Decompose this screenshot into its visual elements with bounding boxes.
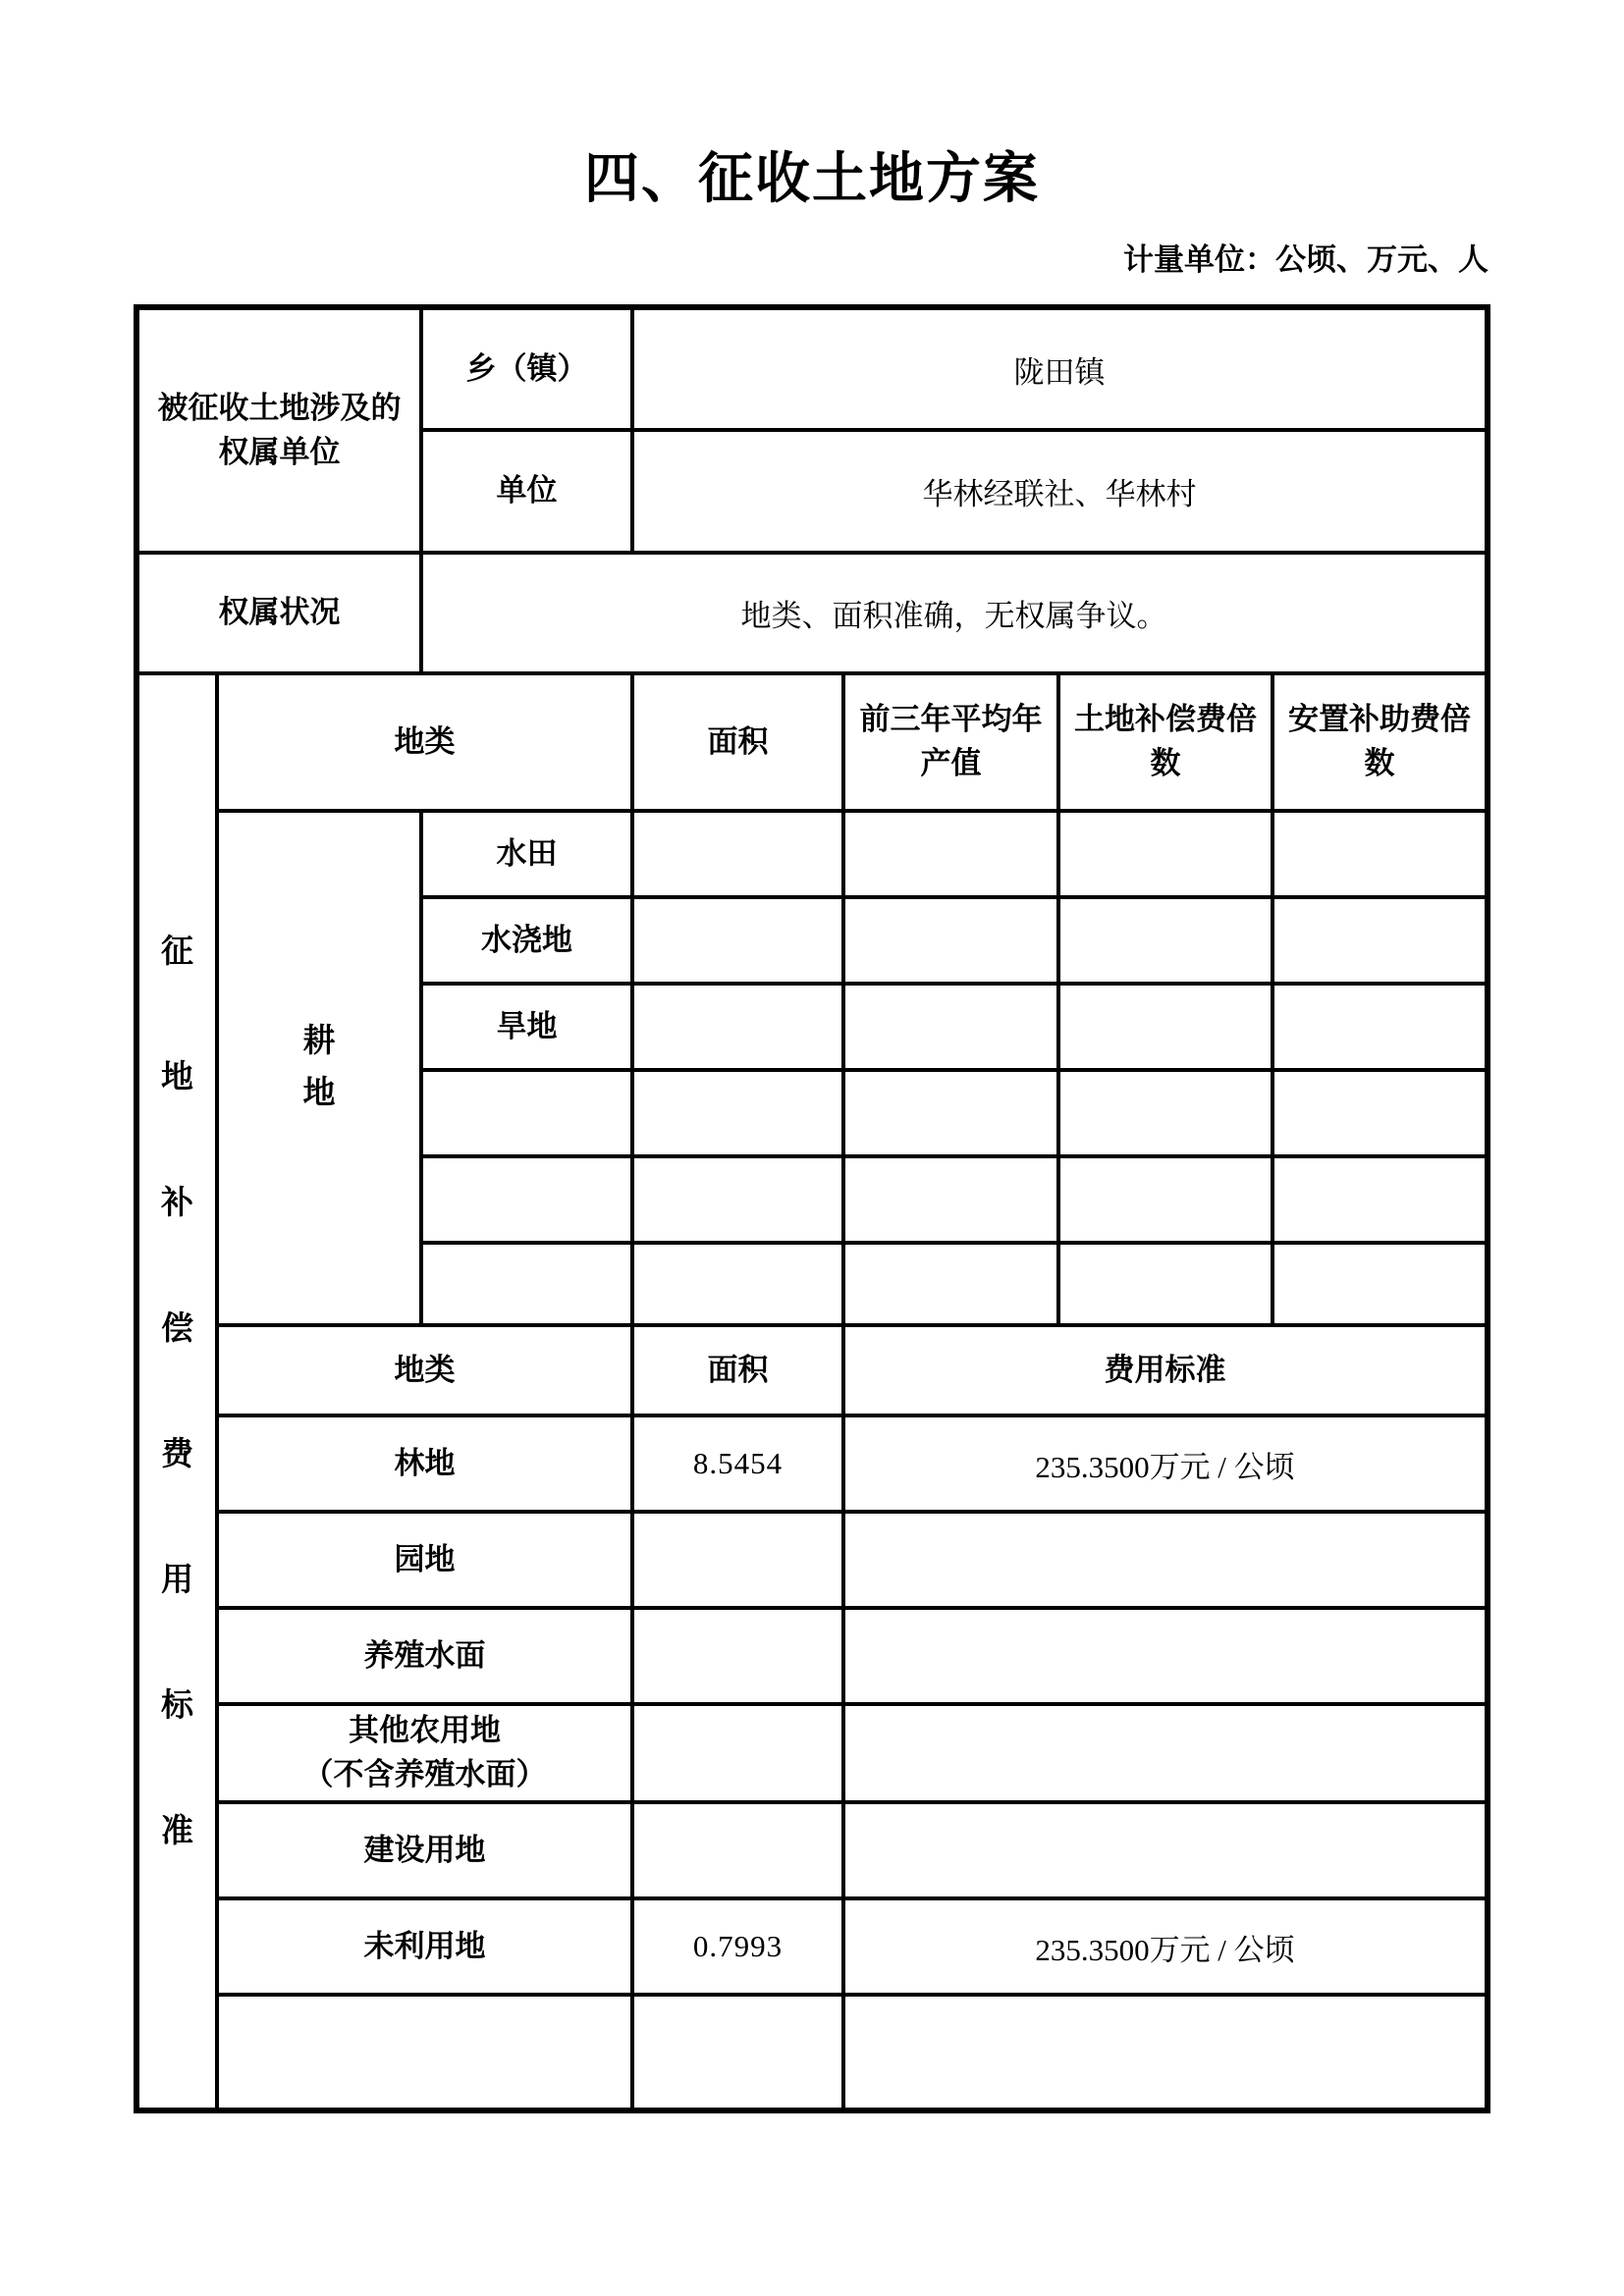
land-comp-multiple-cell <box>1058 1156 1272 1243</box>
fee-standard-cell <box>843 1512 1488 1608</box>
resettle-multiple-cell <box>1272 1070 1488 1156</box>
area-cell <box>632 1704 843 1802</box>
table-header-row: 地类 面积 费用标准 <box>136 1325 1488 1415</box>
table-row: 园地 <box>136 1512 1488 1608</box>
table-header-row: 征地补偿费用标准 地类 面积 前三年平均年产值 土地补偿费倍数 安置补助费倍数 <box>136 673 1488 811</box>
land-type-cell: 养殖水面 <box>217 1608 632 1704</box>
side-label-cell: 征地补偿费用标准 <box>136 673 217 2110</box>
cultivated-land-label-cell: 耕地 <box>217 811 421 1325</box>
side-vertical-label: 征地补偿费用标准 <box>157 889 197 1895</box>
area-cell <box>632 1995 843 2110</box>
area-cell <box>632 984 843 1070</box>
unit-label-cell: 单位 <box>421 430 632 553</box>
resettle-multiple-cell <box>1272 1243 1488 1325</box>
cultivated-land-label: 耕地 <box>300 1016 338 1120</box>
table-row: 养殖水面 <box>136 1608 1488 1704</box>
township-value-cell: 陇田镇 <box>632 307 1488 430</box>
avg-output-cell <box>843 897 1058 984</box>
header2-land-type-cell: 地类 <box>217 1325 632 1415</box>
fee-standard-cell: 235.3500万元 / 公顷 <box>843 1415 1488 1512</box>
fee-standard-cell <box>843 1608 1488 1704</box>
fee-standard-cell <box>843 1704 1488 1802</box>
header2-area-cell: 面积 <box>632 1325 843 1415</box>
land-expropriation-table: 被征收土地涉及的权属单位 乡（镇） 陇田镇 单位 华林经联社、华林村 权属状况 … <box>134 304 1490 2113</box>
header-area-cell: 面积 <box>632 673 843 811</box>
fee-standard-cell <box>843 1802 1488 1898</box>
fee-standard-cell <box>843 1995 1488 2110</box>
land-type-cell: 其他农用地 （不含养殖水面） <box>217 1704 632 1802</box>
area-cell <box>632 1512 843 1608</box>
land-subtype-cell: 水田 <box>421 811 632 897</box>
fee-standard-cell: 235.3500万元 / 公顷 <box>843 1898 1488 1995</box>
land-type-cell: 建设用地 <box>217 1802 632 1898</box>
header2-fee-standard-cell: 费用标准 <box>843 1325 1488 1415</box>
land-comp-multiple-cell <box>1058 811 1272 897</box>
avg-output-cell <box>843 811 1058 897</box>
land-comp-multiple-cell <box>1058 897 1272 984</box>
resettle-multiple-cell <box>1272 897 1488 984</box>
area-cell: 0.7993 <box>632 1898 843 1995</box>
page-title: 四、征收土地方案 <box>0 0 1624 213</box>
land-comp-multiple-cell <box>1058 1243 1272 1325</box>
area-cell <box>632 1156 843 1243</box>
area-cell <box>632 897 843 984</box>
land-comp-multiple-cell <box>1058 1070 1272 1156</box>
resettle-multiple-cell <box>1272 1156 1488 1243</box>
avg-output-cell <box>843 1156 1058 1243</box>
avg-output-cell <box>843 1070 1058 1156</box>
table-row: 耕地 水田 <box>136 811 1488 897</box>
header-land-type-cell: 地类 <box>217 673 632 811</box>
table-row: 未利用地 0.7993 235.3500万元 / 公顷 <box>136 1898 1488 1995</box>
land-subtype-cell <box>421 1243 632 1325</box>
document-page: { "page": { "title": "四、征收土地方案", "unit_n… <box>0 0 1624 2296</box>
header-land-comp-multiple-cell: 土地补偿费倍数 <box>1058 673 1272 811</box>
table-row: 林地 8.5454 235.3500万元 / 公顷 <box>136 1415 1488 1512</box>
land-type-cell: 林地 <box>217 1415 632 1512</box>
table-row: 被征收土地涉及的权属单位 乡（镇） 陇田镇 <box>136 307 1488 430</box>
header-avg-output-cell: 前三年平均年产值 <box>843 673 1058 811</box>
area-cell <box>632 811 843 897</box>
land-type-cell <box>217 1995 632 2110</box>
avg-output-cell <box>843 984 1058 1070</box>
land-subtype-cell <box>421 1070 632 1156</box>
area-cell <box>632 1070 843 1156</box>
resettle-multiple-cell <box>1272 984 1488 1070</box>
land-subtype-cell <box>421 1156 632 1243</box>
land-subtype-cell: 旱地 <box>421 984 632 1070</box>
involved-units-label-cell: 被征收土地涉及的权属单位 <box>136 307 421 553</box>
area-cell <box>632 1243 843 1325</box>
land-comp-multiple-cell <box>1058 984 1272 1070</box>
avg-output-cell <box>843 1243 1058 1325</box>
unit-value-cell: 华林经联社、华林村 <box>632 430 1488 553</box>
measurement-unit-note: 计量单位：公顷、万元、人 <box>135 235 1489 279</box>
land-subtype-cell: 水浇地 <box>421 897 632 984</box>
ownership-status-value-cell: 地类、面积准确，无权属争议。 <box>421 553 1488 673</box>
table-row: 建设用地 <box>136 1802 1488 1898</box>
township-label-cell: 乡（镇） <box>421 307 632 430</box>
table-row: 其他农用地 （不含养殖水面） <box>136 1704 1488 1802</box>
land-type-cell: 未利用地 <box>217 1898 632 1995</box>
land-type-cell: 园地 <box>217 1512 632 1608</box>
area-cell <box>632 1802 843 1898</box>
table-row <box>136 1995 1488 2110</box>
header-resettle-multiple-cell: 安置补助费倍数 <box>1272 673 1488 811</box>
area-cell: 8.5454 <box>632 1415 843 1512</box>
table-row: 权属状况 地类、面积准确，无权属争议。 <box>136 553 1488 673</box>
resettle-multiple-cell <box>1272 811 1488 897</box>
area-cell <box>632 1608 843 1704</box>
ownership-status-label-cell: 权属状况 <box>136 553 421 673</box>
